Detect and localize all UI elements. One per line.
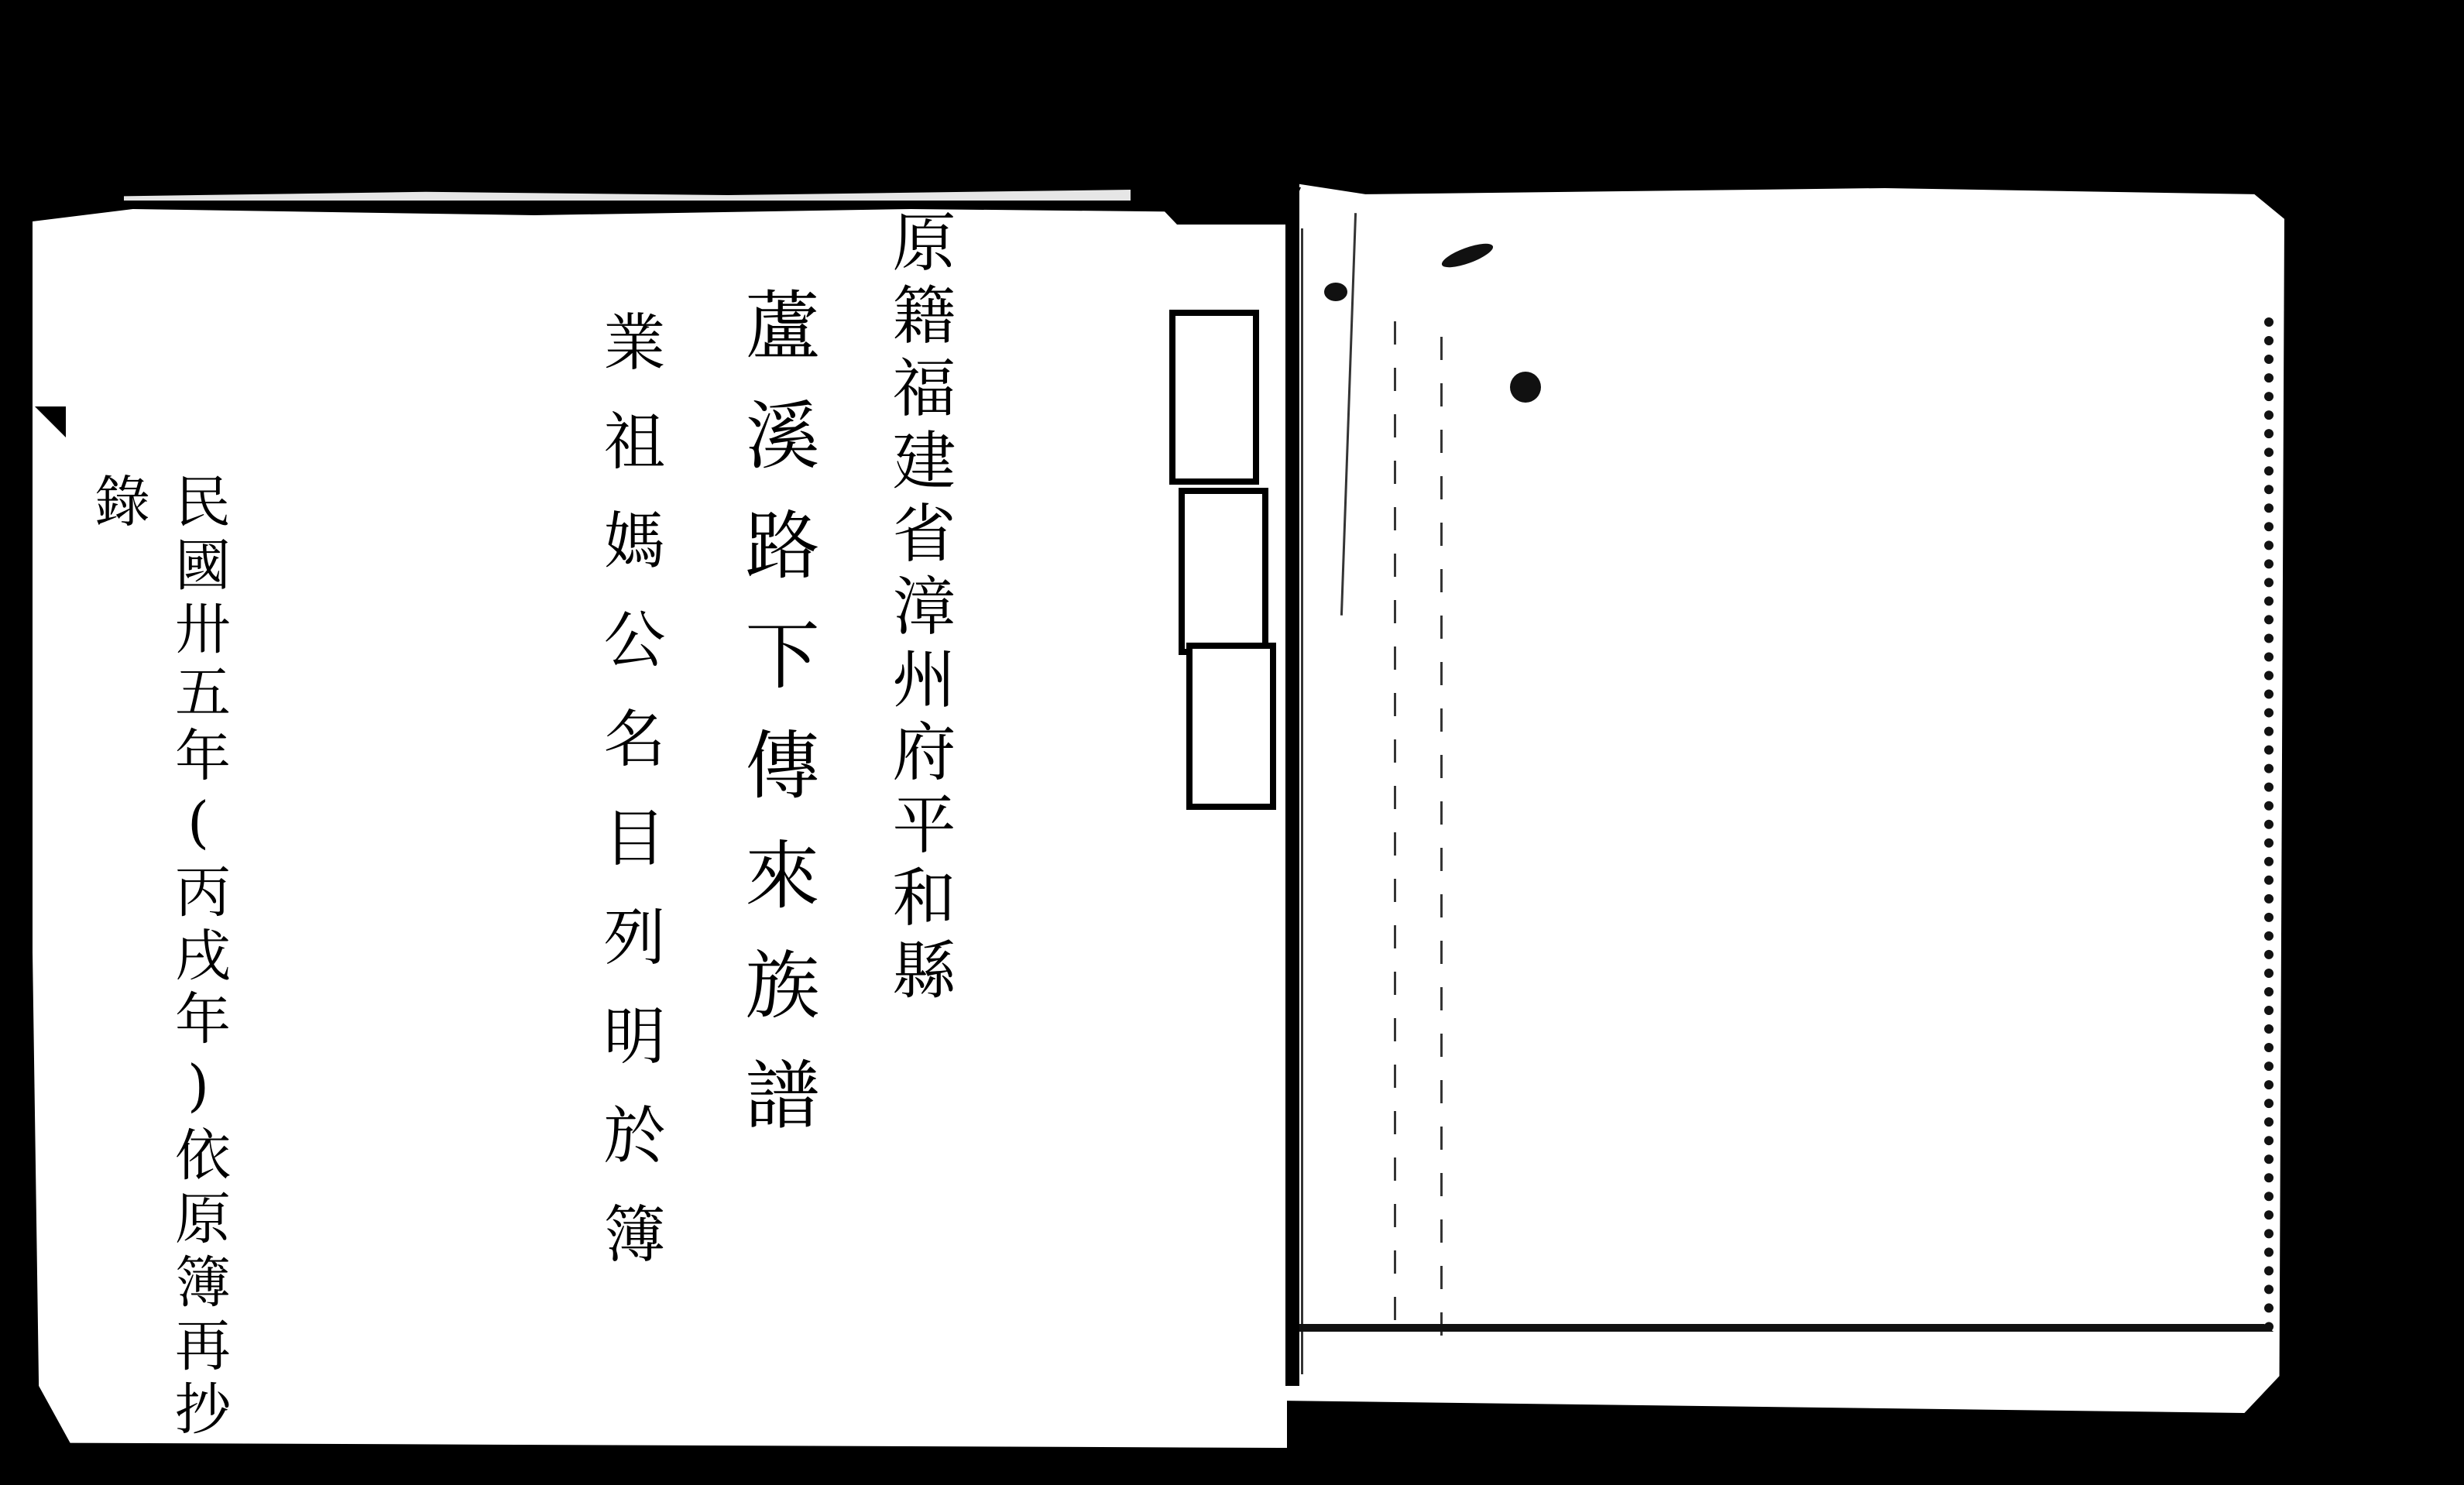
- cover-label-frame: [1289, 317, 2274, 1332]
- binding-stitch-segment: [1169, 310, 1259, 485]
- text-column-origin: 原籍福建省漳州府平和縣: [887, 209, 950, 1010]
- right-page-cover: [1285, 182, 2284, 1413]
- spine-edge: [1285, 178, 1299, 1386]
- page-rule-line: [1440, 337, 1443, 1343]
- spine-top-tear: [1146, 178, 1301, 225]
- binding-stitch-segment: [1186, 643, 1276, 810]
- page-rule-line: [1301, 228, 1303, 1374]
- page-rule-line: [1394, 321, 1396, 1328]
- text-column-ancestors-listed: 業祖媽公名目列明於簿: [585, 310, 674, 1301]
- text-column-lineage-source: 蘆溪路下傳來族譜: [724, 286, 830, 1166]
- paper-top-edge: [124, 190, 1131, 201]
- book-spine-binding: [1146, 178, 1301, 1417]
- binding-stitch-segment: [1179, 488, 1268, 655]
- text-column-copy-date: 民國卅五年(丙戌年)依原簿再抄錄: [77, 472, 239, 1485]
- ink-spot: [1510, 372, 1541, 403]
- ink-spot: [1324, 283, 1347, 301]
- ink-spot: [1440, 239, 1496, 273]
